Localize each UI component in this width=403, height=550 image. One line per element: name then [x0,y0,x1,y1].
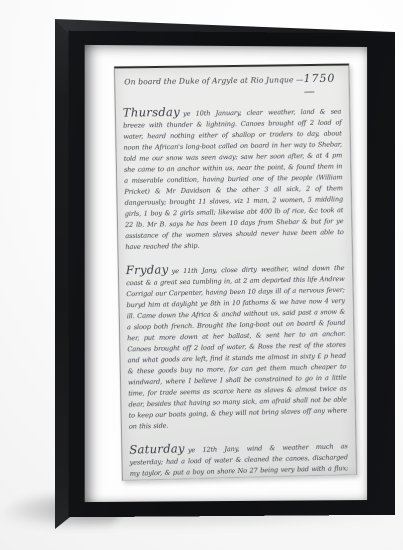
journal-entry-friday: Frydayye 11th Jany, close dirty weather,… [126,261,348,433]
heading-place: On board the Duke of Argyle at Rio Junqu… [124,75,304,86]
journal-entry-saturday: Saturdayye 12th Jany, wind & weather muc… [129,439,349,481]
entry-text: ye 11th Jany, close dirty weather, wind … [126,264,347,431]
manuscript-print: On board the Duke of Argyle at Rio Junqu… [114,64,357,481]
journal-heading: On board the Duke of Argyle at Rio Junqu… [124,72,339,101]
entry-day-word: Thursday [123,105,180,120]
journal-entry-thursday: Thursdayye 10th January, clear weather, … [123,105,344,254]
framed-manuscript-photo: On board the Duke of Argyle at Rio Junqu… [0,0,403,550]
picture-frame: On board the Duke of Argyle at Rio Junqu… [69,31,395,518]
entry-text: ye 10th January, clear weather, land & s… [123,108,344,252]
entry-day-word: Fryday [126,262,169,277]
matte-board: On board the Duke of Argyle at Rio Junqu… [85,45,367,502]
entry-day-word: Saturday [129,441,185,456]
heading-year: 1750 — [303,72,335,98]
